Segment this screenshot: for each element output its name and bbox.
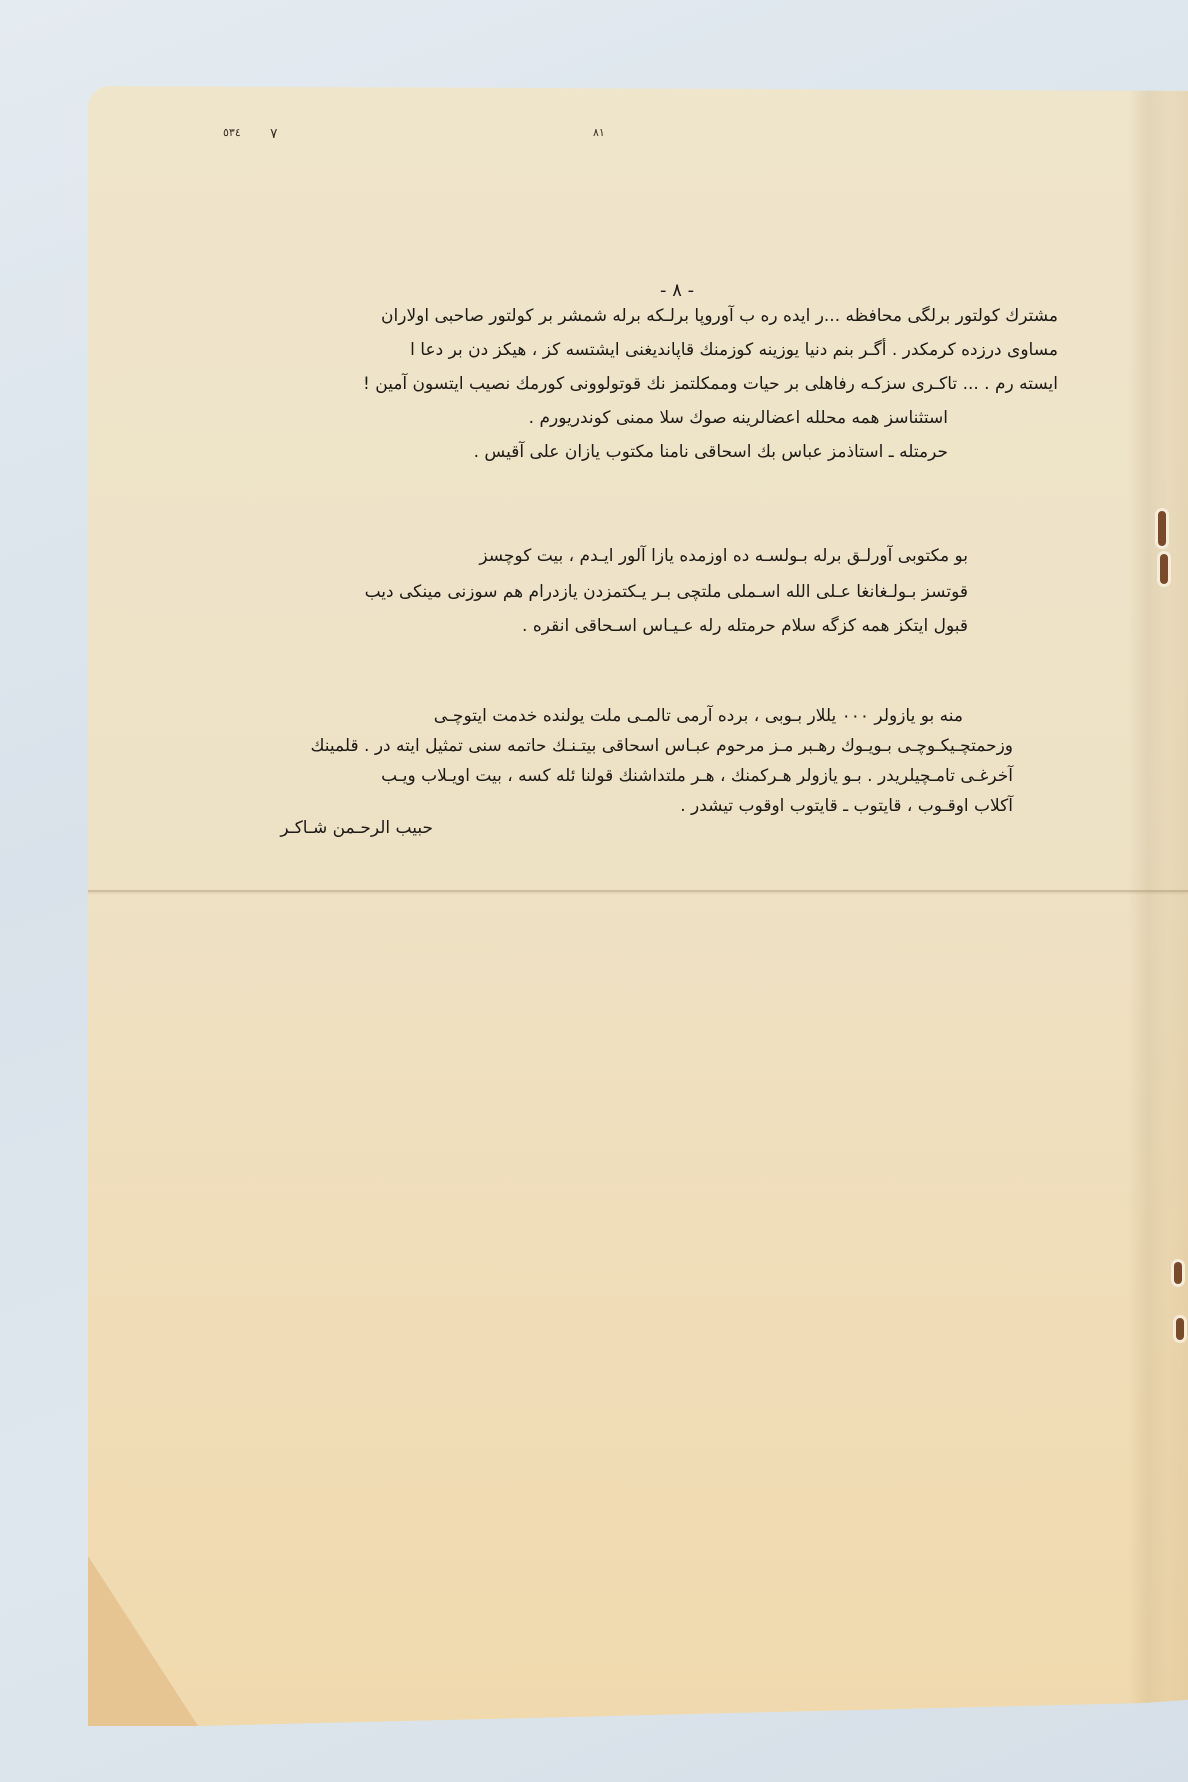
binding-hole <box>1174 1262 1182 1284</box>
text-line: قوتسز بـولـغانغا عـلی الله اسـملی ملتچی … <box>365 580 968 604</box>
text-line: وزحمتچـیکـوچـی بـویـوك رهـبر مـز مرحوم ع… <box>310 734 1013 758</box>
text-line: آخرغـی تامـچیلریدر . بـو یازولر هـرکمنك … <box>381 764 1013 788</box>
page-number: - ٨ - <box>660 280 694 301</box>
binding-hole <box>1160 554 1168 584</box>
folded-corner <box>88 1556 198 1726</box>
text-line: استثناسز همه محلله اعضالرینه صوك سلا ممن… <box>529 406 948 430</box>
text-line: مشترك كولتور برلگی محافظه ...ر ایده ره ب… <box>381 304 1058 328</box>
document-page: ٥٣٤ ٧ ٨١ - ٨ - مشترك كولتور برلگی محافظه… <box>88 86 1188 1726</box>
binding-hole <box>1158 511 1166 546</box>
text-line: بو مکتوبی آورلـق برله بـولسـه ده اوزمده … <box>479 544 968 568</box>
binding-hole <box>1176 1318 1184 1340</box>
ink-mark: ٥٣٤ <box>223 126 241 139</box>
text-line: ایسته رم . ... تاکـری سزکـه رفاهلی بر حی… <box>363 372 1058 396</box>
signature: حبیب الرحـمن شـاکـر <box>280 816 433 840</box>
horizontal-fold-line <box>88 890 1188 892</box>
text-line: منه بو یازولر ۰۰۰ یللار بـوبی ، برده آرم… <box>434 704 963 728</box>
paragraph-3: منه بو یازولر ۰۰۰ یللار بـوبی ، برده آرم… <box>138 704 1013 854</box>
text-line: قبول ایتکز همه کزگه سلام حرمتله رله عـیـ… <box>522 614 968 638</box>
text-line: مساوی درزده کرمکدر . أگـر بنم دنیا یوزین… <box>410 338 1058 362</box>
text-line: آکلاب اوقـوب ، قایتوب ـ قایتوب اوقوب تیش… <box>680 794 1013 818</box>
text-line: حرمتله ـ استاذمز عباس بك اسحاقی نامنا مک… <box>474 440 948 464</box>
ink-mark: ٨١ <box>593 126 605 139</box>
paragraph-1: مشترك كولتور برلگی محافظه ...ر ایده ره ب… <box>168 304 1058 474</box>
ink-mark: ٧ <box>270 126 278 142</box>
paragraph-2: بو مکتوبی آورلـق برله بـولسـه ده اوزمده … <box>178 544 968 654</box>
page-edge-shadow <box>1128 86 1188 1726</box>
